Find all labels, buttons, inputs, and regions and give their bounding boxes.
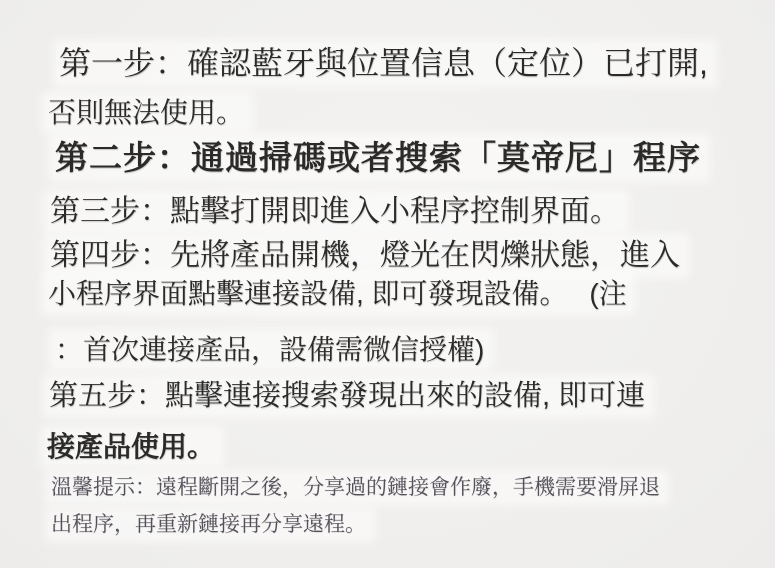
step5-text-line2-text: 接產品使用。 <box>45 430 220 464</box>
step1-text-line1-text: 第一步：確認藍牙與位置信息（定位）已打開, <box>57 44 713 83</box>
step1-text-line1: 第一步：確認藍牙與位置信息（定位）已打開, <box>57 38 713 84</box>
warm-tip-line2: 出程序，再重新鏈接再分享遠程。 <box>49 508 371 538</box>
step5-text-line1: 第五步：點擊連接搜索發現出來的設備, 即可連 <box>47 373 650 414</box>
step2-text: 第二步：通過掃碼或者搜索「莫帝尼」程序 <box>53 132 706 179</box>
step4-text-line2-text: 小程序界面點擊連接設備, 即可發現設備。 (注 <box>46 277 632 311</box>
warm-tip-line1: 溫馨提示：遠程斷開之後，分享過的鏈接會作廢，手機需要滑屏退 <box>49 471 665 501</box>
step4-note-text: ：首次連接產品，設備需微信授權) <box>53 328 489 368</box>
step4-text-line2: 小程序界面點擊連接設備, 即可發現設備。 (注 <box>46 272 632 312</box>
warm-tip-line1-text: 溫馨提示：遠程斷開之後，分享過的鏈接會作廢，手機需要滑屏退 <box>49 475 665 501</box>
step4-note-text-text: ：首次連接產品，設備需微信授權) <box>53 333 489 367</box>
step5-text-line1-text: 第五步：點擊連接搜索發現出來的設備, 即可連 <box>47 379 650 414</box>
step3-text-text: 第三步：點擊打開即進入小程序控制界面。 <box>48 194 625 230</box>
step3-text: 第三步：點擊打開即進入小程序控制界面。 <box>48 186 625 230</box>
warm-tip-line2-text: 出程序，再重新鏈接再分享遠程。 <box>49 512 371 538</box>
step1-text-line2-text: 否則無法使用。 <box>46 96 249 130</box>
step4-text-line1: 第四步：先將產品開機，燈光在閃爍狀態，進入 <box>48 230 685 274</box>
step1-text-line2: 否則無法使用。 <box>46 91 249 131</box>
instruction-page: 第一步：確認藍牙與位置信息（定位）已打開, 否則無法使用。 第二步：通過掃碼或者… <box>0 0 775 568</box>
step5-text-line2: 接產品使用。 <box>45 425 220 465</box>
step2-text-text: 第二步：通過掃碼或者搜索「莫帝尼」程序 <box>53 138 706 178</box>
step4-text-line1-text: 第四步：先將產品開機，燈光在閃爍狀態，進入 <box>48 238 685 274</box>
